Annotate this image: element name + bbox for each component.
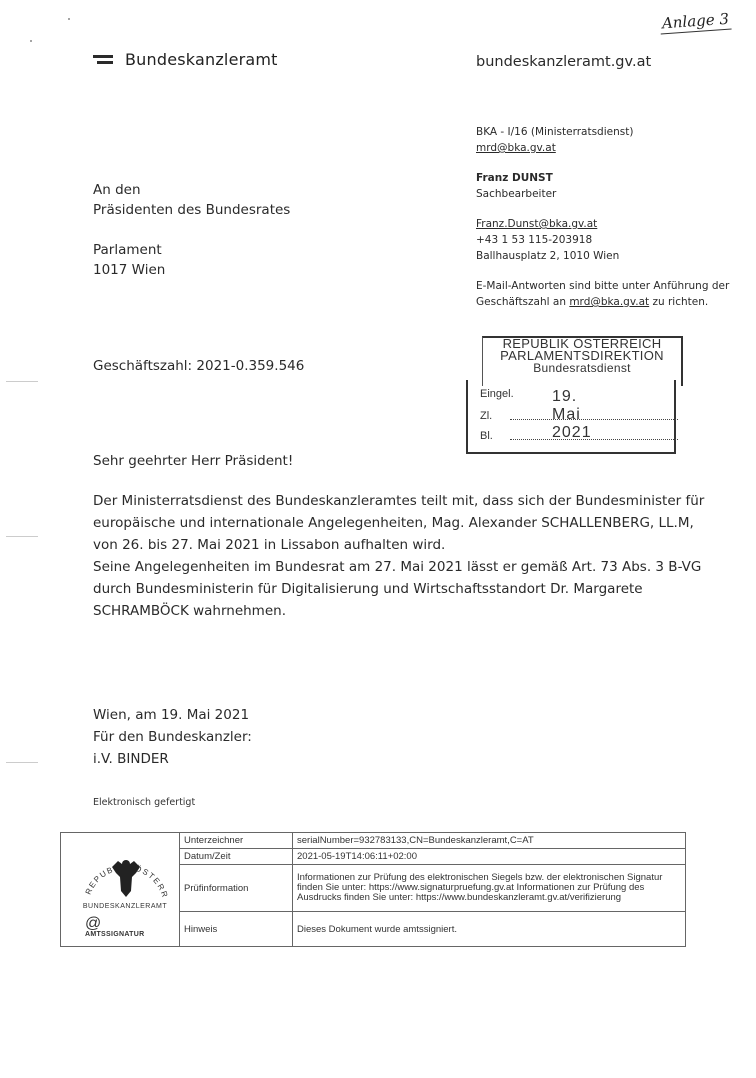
closing-place-date: Wien, am 19. Mai 2021 (93, 704, 252, 726)
margin-mark (6, 762, 38, 763)
department-email-link[interactable]: mrd@bka.gv.at (476, 142, 556, 154)
stamp-date: 19. Mai 2021 (552, 388, 592, 442)
handwritten-annotation: Anlage 3 (659, 10, 731, 35)
signature-block: REPUBLIK ÖSTERREICH BUNDESKANZLERAMT @ A… (60, 832, 686, 947)
sender-department: BKA - I/16 (Ministerratsdienst) mrd@bka.… (476, 124, 633, 156)
recipient-line: Präsidenten des Bundesrates (93, 200, 290, 220)
sig-value: 2021-05-19T14:06:11+02:00 (293, 849, 686, 865)
sig-label: Hinweis (180, 912, 293, 947)
reply-note-line1: E-Mail-Antworten sind bitte unter Anführ… (476, 278, 729, 294)
sig-label: Unterzeichner (180, 833, 293, 849)
body-paragraph: Der Ministerratsdienst des Bundeskanzler… (93, 490, 713, 556)
scan-speck (30, 40, 32, 42)
salutation: Sehr geehrter Herr Präsident! (93, 453, 293, 469)
sig-value: serialNumber=932783133,CN=Bundeskanzlera… (293, 833, 686, 849)
sig-value: Dieses Dokument wurde amtssigniert. (293, 912, 686, 947)
logo-text: Bundeskanzleramt (125, 50, 278, 69)
electronic-note: Elektronisch gefertigt (93, 797, 195, 808)
sender-details: Franz.Dunst@bka.gv.at +43 1 53 115-20391… (476, 216, 619, 264)
closing: Wien, am 19. Mai 2021 Für den Bundeskanz… (93, 704, 252, 770)
sender-email-link[interactable]: Franz.Dunst@bka.gv.at (476, 218, 597, 230)
closing-signer: i.V. BINDER (93, 748, 252, 770)
stamp-bl: Bl. (480, 430, 493, 442)
scan-speck (68, 18, 70, 20)
signature-row: REPUBLIK ÖSTERREICH BUNDESKANZLERAMT @ A… (61, 833, 686, 849)
closing-for-line: Für den Bundeskanzler: (93, 726, 252, 748)
recipient-line: 1017 Wien (93, 260, 290, 280)
letter-body: Der Ministerratsdienst des Bundeskanzler… (93, 490, 713, 622)
sig-label: Prüfinformation (180, 865, 293, 912)
recipient-line: Parlament (93, 240, 290, 260)
sender-contact: Franz DUNST Sachbearbeiter (476, 170, 556, 202)
amtssignatur-label: AMTSSIGNATUR (85, 931, 144, 938)
sig-value: Informationen zur Prüfung des elektronis… (293, 865, 686, 912)
seal-cell: REPUBLIK ÖSTERREICH BUNDESKANZLERAMT @ A… (61, 833, 180, 947)
site-url: bundeskanzleramt.gv.at (476, 54, 651, 70)
stamp-fields: Eingel. 19. Mai 2021 Zl. Bl. (466, 380, 676, 454)
stamp-zl: Zl. (480, 410, 492, 422)
margin-mark (6, 536, 38, 537)
reply-email-link[interactable]: mrd@bka.gv.at (569, 296, 649, 308)
reference-number: Geschäftszahl: 2021-0.359.546 (93, 358, 304, 374)
bundeskanzleramt-logo: Bundeskanzleramt (93, 50, 278, 69)
body-paragraph: Seine Angelegenheiten im Bundesrat am 27… (93, 556, 713, 622)
reply-note-line2: Geschäftszahl an mrd@bka.gv.at zu richte… (476, 294, 729, 310)
sig-label: Datum/Zeit (180, 849, 293, 865)
austrian-eagle-seal-icon: REPUBLIK ÖSTERREICH (71, 837, 179, 909)
sender-address: Ballhausplatz 2, 1010 Wien (476, 248, 619, 264)
department-name: BKA - I/16 (Ministerratsdienst) (476, 124, 633, 140)
stamp-header: REPUBLIK ÖSTERREICH PARLAMENTSDIREKTION … (482, 336, 683, 386)
stamp-eingel: Eingel. 19. Mai 2021 (480, 388, 514, 400)
logo-mark-icon (93, 53, 113, 67)
margin-mark (6, 381, 38, 382)
sender-name: Franz DUNST (476, 170, 556, 186)
sender-role: Sachbearbeiter (476, 186, 556, 202)
sender-phone: +43 1 53 115-203918 (476, 232, 619, 248)
seal-org: BUNDESKANZLERAMT (61, 903, 189, 910)
recipient-line: An den (93, 180, 290, 200)
recipient-address: An den Präsidenten des Bundesrates Parla… (93, 180, 290, 280)
at-sign-icon: @ (85, 917, 101, 931)
reply-note: E-Mail-Antworten sind bitte unter Anführ… (476, 278, 729, 310)
receipt-stamp: REPUBLIK ÖSTERREICH PARLAMENTSDIREKTION … (466, 336, 674, 454)
